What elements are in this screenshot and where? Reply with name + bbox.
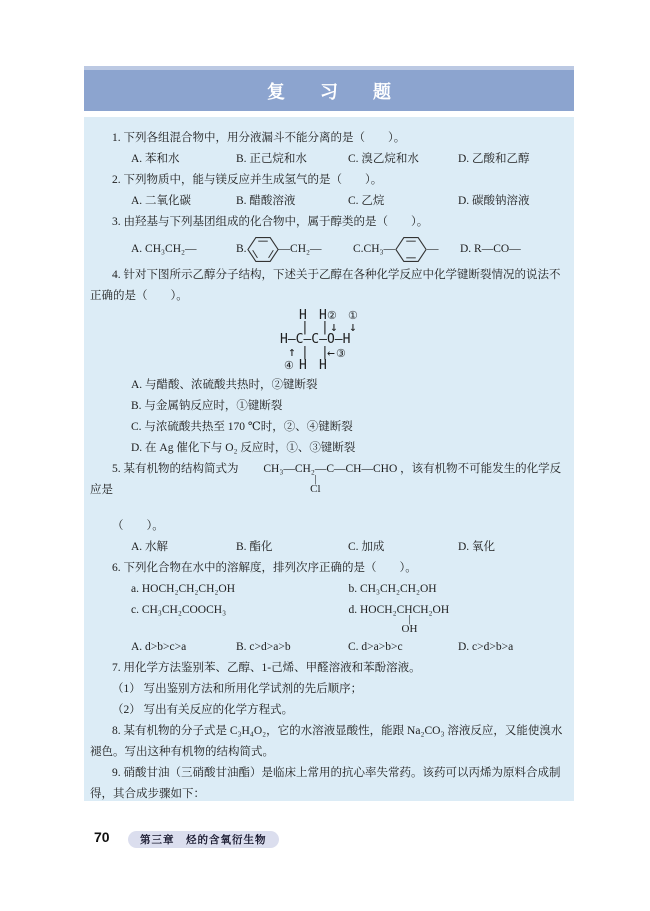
chlorine-substituent: |Cl xyxy=(305,474,325,494)
q4-option-d: D. 在 Ag 催化下与 O₂ 反应时，①、③键断裂 xyxy=(131,438,566,459)
q1-option-c: C. 溴乙烷和水 xyxy=(348,149,458,170)
q6-item-c: c. CH₃CH₂COOCH₃ xyxy=(131,600,349,621)
q6-option-b: B. c>d>a>b xyxy=(236,637,348,658)
q3-option-a: A. CH₃CH₂— xyxy=(131,239,236,260)
q1-option-d: D. 乙酸和乙醇 xyxy=(458,149,566,170)
q2-option-c: C. 乙烷 xyxy=(348,191,458,212)
q6-items-cd: c. CH₃CH₂COOCH₃ d. HOCH₂CHCH₂OH|OH xyxy=(131,600,566,621)
chapter-badge: 第三章 烃的含氧衍生物 xyxy=(128,831,279,848)
left-arrow-icon: ← xyxy=(327,348,335,360)
q5-option-b: B. 酯化 xyxy=(236,537,348,558)
bond-label-3: ③ xyxy=(336,348,346,360)
q6-option-d: D. c>d>b>a xyxy=(458,637,566,658)
q3-option-b-label: B. xyxy=(236,239,247,260)
q5-stem-prefix: 5. 某有机物的结构简式为 xyxy=(112,463,241,475)
q3-stem: 3. 由羟基与下列基团组成的化合物中，属于醇类的是（ ）。 xyxy=(90,212,566,233)
q2-stem: 2. 下列物质中，能与镁反应并生成氢气的是（ ）。 xyxy=(90,170,566,191)
q6-option-c: C. d>a>b>c xyxy=(348,637,458,658)
header-bar: 复 习 题 xyxy=(84,66,574,111)
page-title: 复 习 题 xyxy=(252,78,406,104)
q9-stem: 9. 硝酸甘油（三硝酸甘油酯）是临床上常用的抗心率失常药。该药可以丙烯为原料合成… xyxy=(90,763,566,801)
page-number: 70 xyxy=(94,829,110,845)
atom-h: H xyxy=(299,360,307,372)
q3-option-c-suffix: — xyxy=(427,239,439,260)
q6-option-a: A. d>b>c>a xyxy=(131,637,236,658)
bond-label-4: ④ xyxy=(284,360,294,372)
q6-item-b: b. CH₃CH₂CH₂OH xyxy=(349,579,567,600)
q4-option-c: C. 与浓硫酸共热至 170 ℃时，②、④键断裂 xyxy=(131,417,566,438)
q4-option-b: B. 与金属钠反应时，①键断裂 xyxy=(131,396,566,417)
q5-option-d: D. 氧化 xyxy=(458,537,566,558)
q5-answer-paren: （ ）。 xyxy=(90,516,566,537)
q5-options: A. 水解 B. 酯化 C. 加成 D. 氧化 xyxy=(131,537,566,558)
q1-options: A. 苯和水 B. 正己烷和水 C. 溴乙烷和水 D. 乙酸和乙醇 xyxy=(131,149,566,170)
q6-item-a: a. HOCH₂CH₂CH₂OH xyxy=(131,579,349,600)
q2-option-a: A. 二氧化碳 xyxy=(131,191,236,212)
q1-option-b: B. 正己烷和水 xyxy=(236,149,348,170)
q4-option-a: A. 与醋酸、浓硫酸共热时，②键断裂 xyxy=(131,375,566,396)
q6-stem: 6. 下列化合物在水中的溶解度，排列次序正确的是（ ）。 xyxy=(90,558,566,579)
atom-cl: Cl xyxy=(310,484,320,494)
content-panel: 1. 下列各组混合物中，用分液漏斗不能分离的是（ ）。 A. 苯和水 B. 正己… xyxy=(84,117,574,801)
up-arrow-icon: ↑ xyxy=(288,347,296,359)
benzene-ring-icon xyxy=(395,236,427,263)
q3-option-d: D. R—CO— xyxy=(460,239,566,260)
q7-part1: （1） 写出鉴别方法和所用化学试剂的先后顺序； xyxy=(90,679,566,700)
q3-option-b: B. —CH₂— xyxy=(236,236,353,263)
q6-options: A. d>b>c>a B. c>d>a>b C. d>a>b>c D. c>d>… xyxy=(131,637,566,658)
down-arrow-icon: ↓ xyxy=(349,322,357,334)
q6-item-d: d. HOCH₂CHCH₂OH|OH xyxy=(349,600,567,621)
q2-option-d: D. 碳酸钠溶液 xyxy=(458,191,566,212)
ethanol-structure-diagram: H H ② ① | | ↓ ↓ H—C—C—O—H | | ↑ ← ③ ④ H … xyxy=(280,310,376,372)
hydroxyl-substituent: |OH xyxy=(399,614,421,634)
q5-stem: 5. 某有机物的结构简式为 CH₃—CH₂—C—CH—CHO|Cl ，该有机物不… xyxy=(90,459,566,501)
q8-stem: 8. 某有机物的分子式是 C₃H₄O₂，它的水溶液显酸性，能跟 Na₂CO₃ 溶… xyxy=(90,721,566,763)
q5-option-c: C. 加成 xyxy=(348,537,458,558)
q7-stem: 7. 用化学方法鉴别苯、乙醇、1-己烯、甲醛溶液和苯酚溶液。 xyxy=(90,658,566,679)
q5-option-a: A. 水解 xyxy=(131,537,236,558)
q6-items-ab: a. HOCH₂CH₂CH₂OH b. CH₃CH₂CH₂OH xyxy=(131,579,566,600)
q3-options: A. CH₃CH₂— B. —CH₂— C. CH₃— xyxy=(131,233,566,265)
q1-option-a: A. 苯和水 xyxy=(131,149,236,170)
group-oh: OH xyxy=(402,624,418,634)
q2-option-b: B. 醋酸溶液 xyxy=(236,191,348,212)
benzene-ring-icon xyxy=(247,236,279,263)
q3-option-b-suffix: —CH₂— xyxy=(279,239,322,260)
textbook-page: 复 习 题 1. 下列各组混合物中，用分液漏斗不能分离的是（ ）。 A. 苯和水… xyxy=(0,0,650,911)
q5-formula: CH₃—CH₂—C—CH—CHO|Cl xyxy=(241,459,397,480)
q4-stem: 4. 针对下图所示乙醇分子结构，下述关于乙醇在各种化学反应中化学键断裂情况的说法… xyxy=(90,265,566,307)
q7-part2: （2） 写出有关反应的化学方程式。 xyxy=(90,700,566,721)
formula-main: CH₃—CH₂—C—CH—CHO xyxy=(263,463,397,475)
q3-option-c-prefix: CH₃— xyxy=(364,239,396,260)
q2-options: A. 二氧化碳 B. 醋酸溶液 C. 乙烷 D. 碳酸钠溶液 xyxy=(131,191,566,212)
q3-option-c-label: C. xyxy=(353,239,364,260)
q3-option-c: C. CH₃— — xyxy=(353,236,460,263)
q1-stem: 1. 下列各组混合物中，用分液漏斗不能分离的是（ ）。 xyxy=(90,128,566,149)
atom-h: H xyxy=(319,360,327,372)
